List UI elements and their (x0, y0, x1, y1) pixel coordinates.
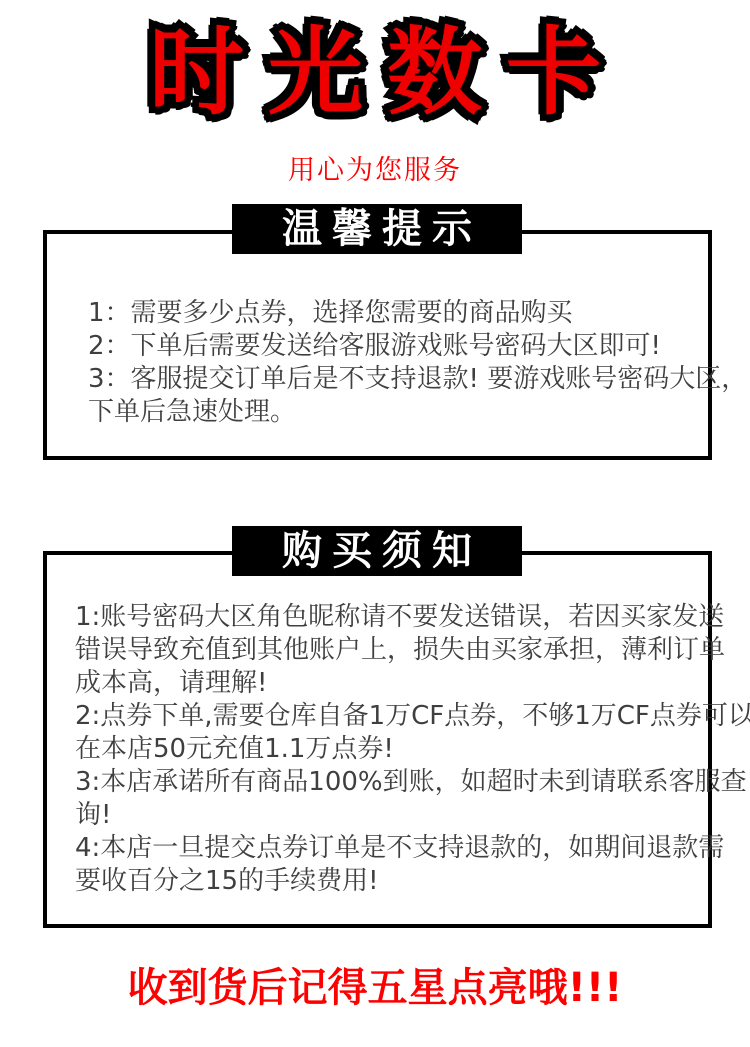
tip-line: 3：客服提交订单后是不支持退款! 要游戏账号密码大区， (88, 363, 747, 396)
notice-line: 1:账号密码大区角色昵称请不要发送错误，若因买家发送 (75, 601, 750, 634)
notice-line: 3:本店承诺所有商品100%到账，如超时未到请联系客服查 (75, 766, 750, 799)
warm-tips-lines: 1：需要多少点券，选择您需要的商品购买 2：下单后需要发送给客服游戏账号密码大区… (88, 297, 747, 429)
notice-line: 在本店50元充值1.1万点券! (75, 733, 750, 766)
notice-line: 错误导致充值到其他账户上，损失由买家承担，薄利订单 (75, 634, 750, 667)
purchase-notice-lines: 1:账号密码大区角色昵称请不要发送错误，若因买家发送 错误导致充值到其他账户上，… (75, 601, 750, 898)
tip-line: 1：需要多少点券，选择您需要的商品购买 (88, 297, 747, 330)
notice-line: 2:点券下单,需要仓库自备1万CF点券，不够1万CF点券可以 (75, 700, 750, 733)
notice-line: 4:本店一旦提交点券订单是不支持退款的，如期间退款需 (75, 832, 750, 865)
notice-line: 询! (75, 799, 750, 832)
notice-line: 成本高，请理解! (75, 667, 750, 700)
five-star-reminder: 收到货后记得五星点亮哦!!! (0, 956, 750, 1013)
tip-line: 2：下单后需要发送给客服游戏账号密码大区即可! (88, 330, 747, 363)
warm-tips-banner: 温馨提示 (232, 204, 522, 254)
notice-page: 时光数卡 用心为您服务 温馨提示 1：需要多少点券，选择您需要的商品购买 2：下… (0, 0, 750, 1047)
shop-subtitle: 用心为您服务 (0, 148, 750, 187)
shop-title: 时光数卡 (0, 14, 750, 133)
notice-line: 要收百分之15的手续费用! (75, 865, 750, 898)
purchase-notice-banner: 购买须知 (232, 526, 522, 576)
tip-line: 下单后急速处理。 (88, 396, 747, 429)
